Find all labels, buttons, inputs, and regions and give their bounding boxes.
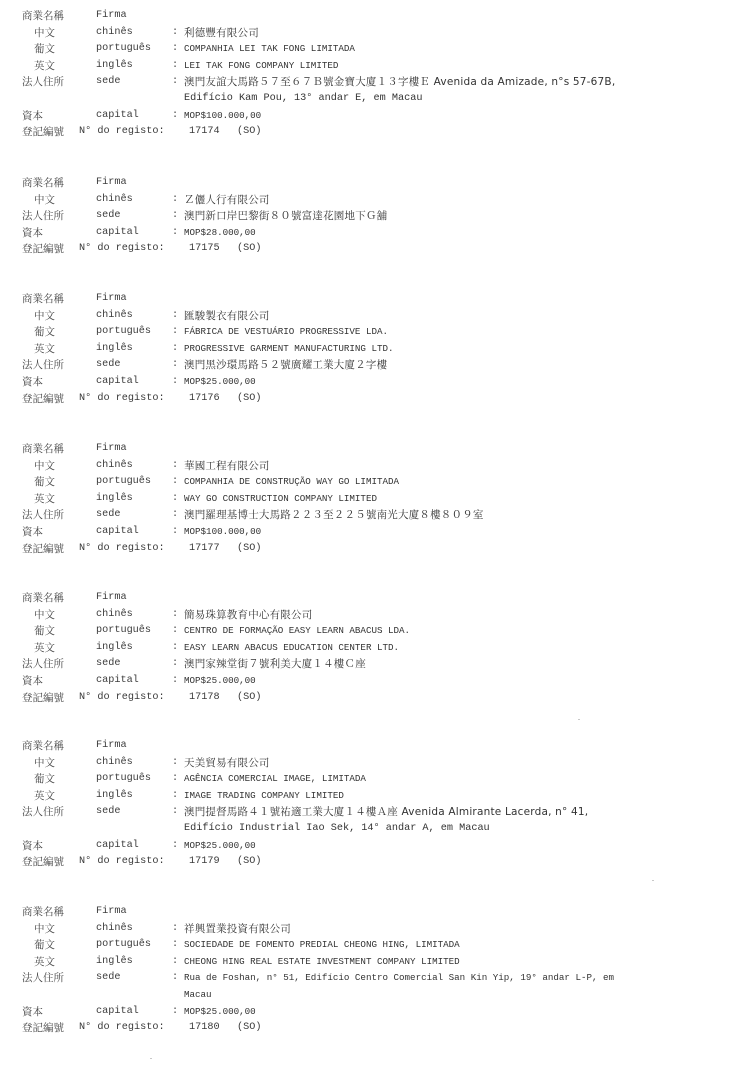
firma-label-zh: 商業名稱	[22, 291, 64, 308]
chinese-name: 匯駿製衣有限公司	[184, 308, 270, 325]
ingles-label-zh: 英文	[34, 491, 55, 508]
company-entry: 商業名稱Firma 中文chinês:華國工程有限公司 葡文português:…	[22, 441, 732, 557]
capital-row: 資本capital:MOP$25.000,00	[22, 673, 732, 690]
colon: :	[172, 623, 178, 640]
company-entry: 商業名稱Firma 中文chinês:匯駿製衣有限公司 葡文português:…	[22, 291, 732, 407]
sede-label-pt: sede	[96, 357, 120, 374]
colon: :	[172, 1004, 178, 1021]
chinese-name: Ｚ儷人行有限公司	[184, 192, 270, 209]
chinese-name: 利德豐有限公司	[184, 25, 259, 42]
chinese-name: 祥興置業投資有限公司	[184, 921, 291, 938]
firma-row: 商業名稱Firma	[22, 291, 732, 308]
registo-number: 17179	[189, 854, 220, 871]
portugues-label-zh: 葡文	[34, 474, 55, 491]
firma-label-zh: 商業名稱	[22, 590, 64, 607]
registo-row: 登記編號N° do registo:17178(SO)	[22, 690, 732, 707]
chines-label-pt: chinês	[96, 921, 133, 938]
english-name: CHEONG HING REAL ESTATE INVESTMENT COMPA…	[184, 954, 460, 971]
registo-tag: (SO)	[237, 541, 261, 558]
colon: :	[172, 507, 178, 524]
colon: :	[172, 74, 178, 91]
portugues-label-pt: português	[96, 771, 151, 788]
colon: :	[172, 208, 178, 225]
chines-label-zh: 中文	[34, 458, 55, 475]
registo-number: 17180	[189, 1020, 220, 1037]
colon: :	[172, 954, 178, 971]
address-line-1: 澳門友誼大馬路５７至６７Ｂ號金寶大廈１３字樓Ｅ Avenida da Amiza…	[184, 74, 615, 91]
colon: :	[172, 341, 178, 358]
registo-label-pt: N° do registo:	[79, 241, 165, 258]
registo-number: 17178	[189, 690, 220, 707]
registo-row: 登記編號N° do registo:17177(SO)	[22, 541, 732, 558]
capital-label-pt: capital	[96, 1004, 139, 1021]
capital-value: MOP$25.000,00	[184, 838, 256, 855]
ingles-label-zh: 英文	[34, 640, 55, 657]
portugues-row: 葡文português:AGÊNCIA COMERCIAL IMAGE, LIM…	[22, 771, 732, 788]
colon: :	[172, 491, 178, 508]
portugues-label-zh: 葡文	[34, 324, 55, 341]
company-entry: 商業名稱Firma 中文chinês:利德豐有限公司 葡文português:C…	[22, 8, 732, 141]
firma-label-zh: 商業名稱	[22, 904, 64, 921]
firma-label-zh: 商業名稱	[22, 175, 64, 192]
ingles-label-zh: 英文	[34, 788, 55, 805]
colon: :	[172, 474, 178, 491]
capital-value: MOP$25.000,00	[184, 374, 256, 391]
registo-number: 17175	[189, 241, 220, 258]
capital-label-zh: 資本	[22, 374, 43, 391]
sede-label-pt: sede	[96, 970, 120, 987]
ingles-label-pt: inglês	[96, 640, 133, 657]
address-line-2: Edifício Kam Pou, 13° andar E, em Macau	[184, 91, 422, 108]
sede-label-pt: sede	[96, 208, 120, 225]
english-name: EASY LEARN ABACUS EDUCATION CENTER LTD.	[184, 640, 399, 657]
portuguese-name: COMPANHIA LEI TAK FONG LIMITADA	[184, 41, 355, 58]
sede-row: 法人住所sede:Rua de Foshan, n° 51, Edifício …	[22, 970, 732, 987]
firma-label-pt: Firma	[96, 291, 127, 308]
capital-label-zh: 資本	[22, 524, 43, 541]
address-line-1: 澳門家辣堂街７號利美大廈１４樓Ｃ座	[184, 656, 366, 673]
chines-label-zh: 中文	[34, 308, 55, 325]
registo-label-zh: 登記編號	[22, 854, 64, 871]
colon: :	[172, 771, 178, 788]
chinese-name: 簡易珠算教育中心有限公司	[184, 607, 312, 624]
address-line-1: 澳門新口岸巴黎街８０號富達花園地下Ｇ舖	[184, 208, 387, 225]
chines-label-pt: chinês	[96, 607, 133, 624]
sede-row: 法人住所sede:澳門羅理基博士大馬路２２３至２２５號南光大廈８樓８０９室	[22, 507, 732, 524]
sede-label-pt: sede	[96, 507, 120, 524]
registo-tag: (SO)	[237, 690, 261, 707]
registo-row: 登記編號N° do registo:17179(SO)	[22, 854, 732, 871]
chines-row: 中文chinês:簡易珠算教育中心有限公司	[22, 607, 732, 624]
colon: :	[172, 921, 178, 938]
colon: :	[172, 458, 178, 475]
colon: :	[172, 755, 178, 772]
portugues-row: 葡文português:COMPANHIA DE CONSTRUÇÃO WAY …	[22, 474, 732, 491]
colon: :	[172, 524, 178, 541]
scan-speck	[150, 1058, 152, 1059]
registo-tag: (SO)	[237, 1020, 261, 1037]
registo-number: 17176	[189, 391, 220, 408]
sede-row: 法人住所sede:澳門新口岸巴黎街８０號富達花園地下Ｇ舖	[22, 208, 732, 225]
capital-label-pt: capital	[96, 524, 139, 541]
sede-label-zh: 法人住所	[22, 804, 64, 821]
registo-label-zh: 登記編號	[22, 241, 64, 258]
firma-label-zh: 商業名稱	[22, 441, 64, 458]
sede-label-pt: sede	[96, 656, 120, 673]
address-line-2: Macau	[184, 987, 212, 1004]
registo-label-pt: N° do registo:	[79, 124, 165, 141]
firma-label-pt: Firma	[96, 175, 127, 192]
sede-row: 法人住所sede:澳門提督馬路４１號祐適工業大廈１４樓Ａ座 Avenida Al…	[22, 804, 732, 821]
sede-label-pt: sede	[96, 74, 120, 91]
ingles-label-zh: 英文	[34, 341, 55, 358]
capital-label-pt: capital	[96, 374, 139, 391]
colon: :	[172, 788, 178, 805]
chines-label-zh: 中文	[34, 192, 55, 209]
portugues-label-zh: 葡文	[34, 937, 55, 954]
firma-label-pt: Firma	[96, 441, 127, 458]
colon: :	[172, 225, 178, 242]
colon: :	[172, 838, 178, 855]
registo-label-zh: 登記編號	[22, 541, 64, 558]
registo-number: 17177	[189, 541, 220, 558]
registo-label-pt: N° do registo:	[79, 1020, 165, 1037]
registo-tag: (SO)	[237, 241, 261, 258]
capital-value: MOP$100.000,00	[184, 524, 261, 541]
colon: :	[172, 804, 178, 821]
chines-label-zh: 中文	[34, 755, 55, 772]
portugues-row: 葡文português:SOCIEDADE DE FOMENTO PREDIAL…	[22, 937, 732, 954]
sede-row: 法人住所sede:澳門家辣堂街７號利美大廈１４樓Ｃ座	[22, 656, 732, 673]
registo-label-pt: N° do registo:	[79, 854, 165, 871]
english-name: WAY GO CONSTRUCTION COMPANY LIMITED	[184, 491, 377, 508]
chines-label-pt: chinês	[96, 308, 133, 325]
portugues-label-pt: português	[96, 937, 151, 954]
colon: :	[172, 308, 178, 325]
sede-label-zh: 法人住所	[22, 208, 64, 225]
portugues-row: 葡文português:COMPANHIA LEI TAK FONG LIMIT…	[22, 41, 732, 58]
scan-speck	[652, 880, 654, 881]
chines-row: 中文chinês:天美貿易有限公司	[22, 755, 732, 772]
chinese-name: 天美貿易有限公司	[184, 755, 270, 772]
company-entry: 商業名稱Firma 中文chinês:天美貿易有限公司 葡文português:…	[22, 738, 732, 871]
capital-label-pt: capital	[96, 108, 139, 125]
sede-row: 法人住所sede:澳門友誼大馬路５７至６７Ｂ號金寶大廈１３字樓Ｅ Avenida…	[22, 74, 732, 91]
colon: :	[172, 640, 178, 657]
english-name: IMAGE TRADING COMPANY LIMITED	[184, 788, 344, 805]
ingles-label-pt: inglês	[96, 788, 133, 805]
sede-label-pt: sede	[96, 804, 120, 821]
colon: :	[172, 41, 178, 58]
chines-label-pt: chinês	[96, 25, 133, 42]
ingles-label-zh: 英文	[34, 58, 55, 75]
firma-label-zh: 商業名稱	[22, 738, 64, 755]
chines-row: 中文chinês:華國工程有限公司	[22, 458, 732, 475]
portuguese-name: COMPANHIA DE CONSTRUÇÃO WAY GO LIMITADA	[184, 474, 399, 491]
capital-label-zh: 資本	[22, 838, 43, 855]
registo-row: 登記編號N° do registo:17174(SO)	[22, 124, 732, 141]
firma-row: 商業名稱Firma	[22, 175, 732, 192]
colon: :	[172, 374, 178, 391]
firma-label-zh: 商業名稱	[22, 8, 64, 25]
firma-row: 商業名稱Firma	[22, 904, 732, 921]
colon: :	[172, 937, 178, 954]
capital-value: MOP$28.000,00	[184, 225, 256, 242]
firma-row: 商業名稱Firma	[22, 441, 732, 458]
registo-tag: (SO)	[237, 391, 261, 408]
portugues-label-pt: português	[96, 623, 151, 640]
registo-label-pt: N° do registo:	[79, 391, 165, 408]
ingles-row: 英文inglês:EASY LEARN ABACUS EDUCATION CEN…	[22, 640, 732, 657]
chines-row: 中文chinês:匯駿製衣有限公司	[22, 308, 732, 325]
chines-row: 中文chinês:Ｚ儷人行有限公司	[22, 192, 732, 209]
colon: :	[172, 607, 178, 624]
capital-label-zh: 資本	[22, 1004, 43, 1021]
firma-row: 商業名稱Firma	[22, 738, 732, 755]
ingles-label-zh: 英文	[34, 954, 55, 971]
chinese-name: 華國工程有限公司	[184, 458, 270, 475]
company-entry: 商業名稱Firma 中文chinês:祥興置業投資有限公司 葡文portuguê…	[22, 904, 732, 1037]
address-line-1: 澳門黑沙環馬路５２號廣耀工業大廈２字樓	[184, 357, 387, 374]
portugues-label-pt: português	[96, 474, 151, 491]
firma-row: 商業名稱Firma	[22, 8, 732, 25]
registo-row: 登記編號N° do registo:17176(SO)	[22, 391, 732, 408]
firma-label-pt: Firma	[96, 904, 127, 921]
registo-label-zh: 登記編號	[22, 690, 64, 707]
portugues-label-zh: 葡文	[34, 771, 55, 788]
capital-row: 資本capital:MOP$100.000,00	[22, 108, 732, 125]
colon: :	[172, 25, 178, 42]
ingles-row: 英文inglês:LEI TAK FONG COMPANY LIMITED	[22, 58, 732, 75]
capital-value: MOP$25.000,00	[184, 673, 256, 690]
registo-tag: (SO)	[237, 124, 261, 141]
registo-row: 登記編號N° do registo:17180(SO)	[22, 1020, 732, 1037]
sede-row-continued: Edifício Kam Pou, 13° andar E, em Macau	[22, 91, 732, 108]
company-entry: 商業名稱Firma 中文chinês:Ｚ儷人行有限公司 法人住所sede:澳門新…	[22, 175, 732, 258]
capital-value: MOP$25.000,00	[184, 1004, 256, 1021]
colon: :	[172, 673, 178, 690]
sede-label-zh: 法人住所	[22, 507, 64, 524]
chines-label-zh: 中文	[34, 607, 55, 624]
ingles-row: 英文inglês:WAY GO CONSTRUCTION COMPANY LIM…	[22, 491, 732, 508]
firma-label-pt: Firma	[96, 738, 127, 755]
chines-label-pt: chinês	[96, 192, 133, 209]
portugues-label-zh: 葡文	[34, 623, 55, 640]
portugues-label-zh: 葡文	[34, 41, 55, 58]
sede-row-continued: Edifício Industrial Iao Sek, 14° andar A…	[22, 821, 732, 838]
scan-speck	[578, 719, 580, 720]
registo-label-zh: 登記編號	[22, 124, 64, 141]
address-line-1: Rua de Foshan, n° 51, Edifício Centro Co…	[184, 970, 614, 987]
chines-row: 中文chinês:利德豐有限公司	[22, 25, 732, 42]
registo-label-zh: 登記編號	[22, 1020, 64, 1037]
chines-row: 中文chinês:祥興置業投資有限公司	[22, 921, 732, 938]
english-name: PROGRESSIVE GARMENT MANUFACTURING LTD.	[184, 341, 394, 358]
ingles-label-pt: inglês	[96, 491, 133, 508]
portugues-row: 葡文português:CENTRO DE FORMAÇÃO EASY LEAR…	[22, 623, 732, 640]
capital-label-pt: capital	[96, 673, 139, 690]
ingles-row: 英文inglês:PROGRESSIVE GARMENT MANUFACTURI…	[22, 341, 732, 358]
address-line-1: 澳門羅理基博士大馬路２２３至２２５號南光大廈８樓８０９室	[184, 507, 484, 524]
ingles-label-pt: inglês	[96, 954, 133, 971]
capital-row: 資本capital:MOP$25.000,00	[22, 1004, 732, 1021]
chines-label-zh: 中文	[34, 921, 55, 938]
registo-row: 登記編號N° do registo:17175(SO)	[22, 241, 732, 258]
firma-row: 商業名稱Firma	[22, 590, 732, 607]
capital-label-pt: capital	[96, 225, 139, 242]
ingles-label-pt: inglês	[96, 341, 133, 358]
capital-label-pt: capital	[96, 838, 139, 855]
sede-label-zh: 法人住所	[22, 656, 64, 673]
sede-label-zh: 法人住所	[22, 357, 64, 374]
capital-value: MOP$100.000,00	[184, 108, 261, 125]
portuguese-name: AGÊNCIA COMERCIAL IMAGE, LIMITADA	[184, 771, 366, 788]
colon: :	[172, 108, 178, 125]
registo-label-pt: N° do registo:	[79, 541, 165, 558]
capital-label-zh: 資本	[22, 673, 43, 690]
company-entry: 商業名稱Firma 中文chinês:簡易珠算教育中心有限公司 葡文portug…	[22, 590, 732, 706]
capital-row: 資本capital:MOP$25.000,00	[22, 838, 732, 855]
english-name: LEI TAK FONG COMPANY LIMITED	[184, 58, 338, 75]
registo-label-pt: N° do registo:	[79, 690, 165, 707]
portugues-label-pt: português	[96, 41, 151, 58]
capital-row: 資本capital:MOP$25.000,00	[22, 374, 732, 391]
colon: :	[172, 970, 178, 987]
sede-row-continued: Macau	[22, 987, 732, 1004]
chines-label-pt: chinês	[96, 458, 133, 475]
registo-number: 17174	[189, 124, 220, 141]
colon: :	[172, 324, 178, 341]
chines-label-pt: chinês	[96, 755, 133, 772]
colon: :	[172, 357, 178, 374]
registo-label-zh: 登記編號	[22, 391, 64, 408]
colon: :	[172, 58, 178, 75]
capital-label-zh: 資本	[22, 225, 43, 242]
portuguese-name: CENTRO DE FORMAÇÃO EASY LEARN ABACUS LDA…	[184, 623, 410, 640]
ingles-label-pt: inglês	[96, 58, 133, 75]
sede-label-zh: 法人住所	[22, 970, 64, 987]
portuguese-name: FÁBRICA DE VESTUÁRIO PROGRESSIVE LDA.	[184, 324, 388, 341]
portugues-label-pt: português	[96, 324, 151, 341]
portugues-row: 葡文português:FÁBRICA DE VESTUÁRIO PROGRES…	[22, 324, 732, 341]
colon: :	[172, 656, 178, 673]
colon: :	[172, 192, 178, 209]
capital-row: 資本capital:MOP$100.000,00	[22, 524, 732, 541]
portuguese-name: SOCIEDADE DE FOMENTO PREDIAL CHEONG HING…	[184, 937, 460, 954]
firma-label-pt: Firma	[96, 8, 127, 25]
chines-label-zh: 中文	[34, 25, 55, 42]
capital-row: 資本capital:MOP$28.000,00	[22, 225, 732, 242]
registry-page: 商業名稱Firma 中文chinês:利德豐有限公司 葡文português:C…	[0, 0, 743, 1080]
address-line-2: Edifício Industrial Iao Sek, 14° andar A…	[184, 821, 490, 838]
firma-label-pt: Firma	[96, 590, 127, 607]
sede-row: 法人住所sede:澳門黑沙環馬路５２號廣耀工業大廈２字樓	[22, 357, 732, 374]
address-line-1: 澳門提督馬路４１號祐適工業大廈１４樓Ａ座 Avenida Almirante L…	[184, 804, 588, 821]
ingles-row: 英文inglês:CHEONG HING REAL ESTATE INVESTM…	[22, 954, 732, 971]
registo-tag: (SO)	[237, 854, 261, 871]
sede-label-zh: 法人住所	[22, 74, 64, 91]
capital-label-zh: 資本	[22, 108, 43, 125]
ingles-row: 英文inglês:IMAGE TRADING COMPANY LIMITED	[22, 788, 732, 805]
